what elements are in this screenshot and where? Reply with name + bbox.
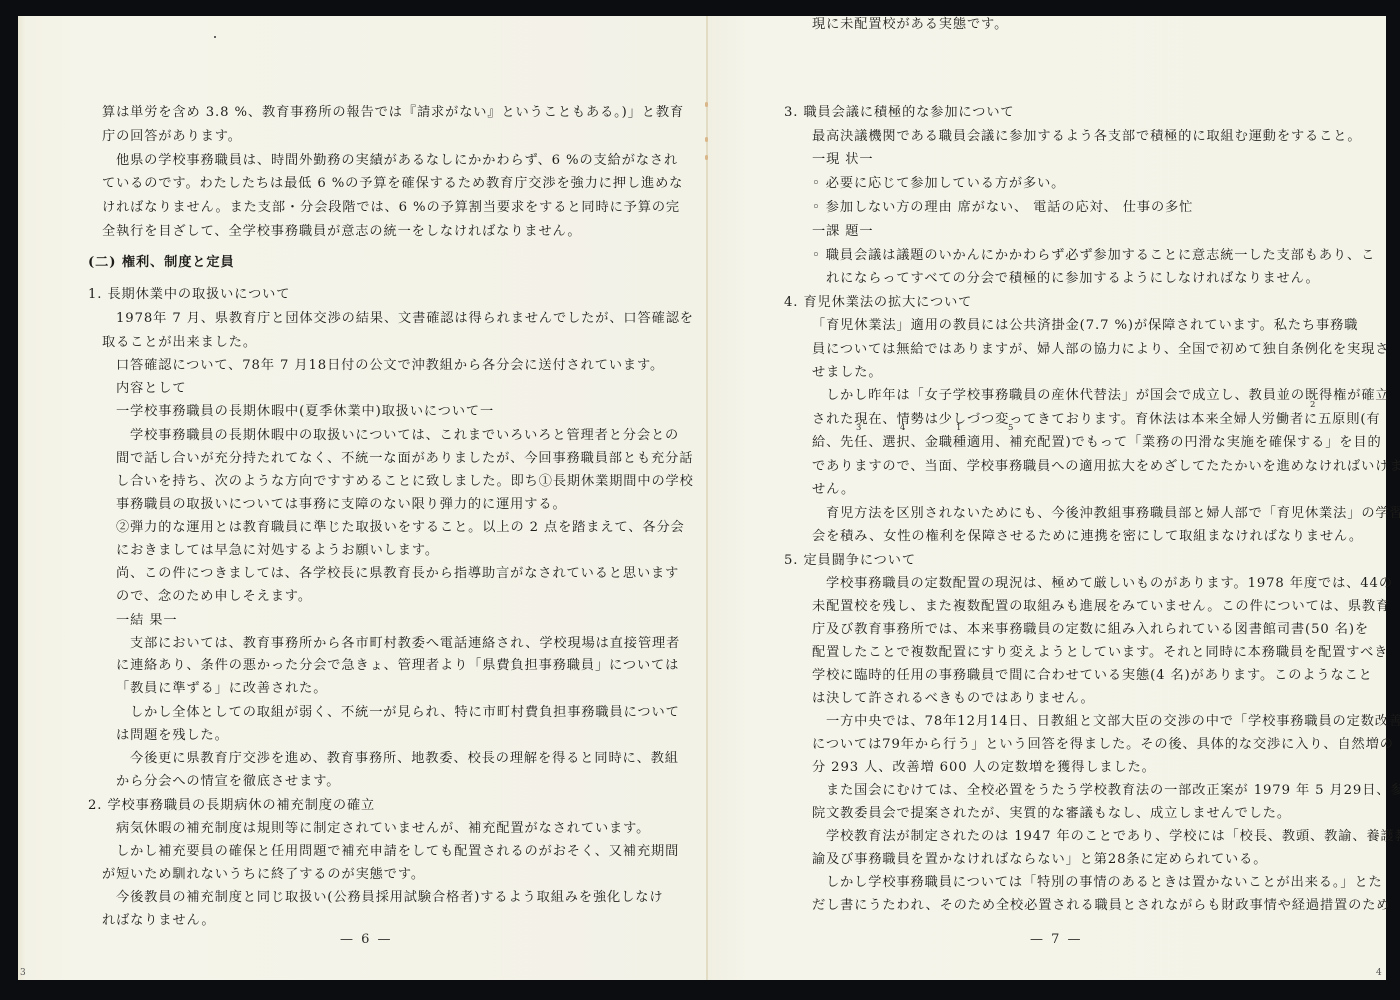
- text-line: 一方中央では、78年12月14日、日教組と文部大臣の交渉の中で「学校事務職員の定…: [826, 713, 1400, 731]
- text-line: しかし昨年は「女子学校事務職員の産休代替法」が国会で成立し、教員並の既得権が確立: [826, 387, 1390, 405]
- text-line: 他県の学校事務職員は、時間外勤務の実績があるなしにかかわらず、6 %の支給がなさ…: [116, 152, 678, 170]
- text-line: 「育児休業法」適用の教員には公共済掛金(7.7 %)が保障されています。私たち事…: [812, 317, 1358, 335]
- text-line: 5. 定員闘争について: [784, 552, 916, 570]
- text-line: におきましては早急に対処するようお願いします。: [116, 542, 439, 560]
- text-line: しかし学校事務職員については「特別の事情のあるときは置かないことが出来る。」とた: [826, 874, 1383, 892]
- page-number-left: — 6 —: [340, 932, 393, 947]
- superscript-number: 5: [1008, 423, 1013, 433]
- text-line: 内容として: [116, 380, 186, 398]
- text-line: は決して許されるべきものではありません。: [812, 690, 1095, 708]
- text-line: でありますので、当面、学校事務職員への適用拡大をめざしてたたかいを進めなければい…: [812, 458, 1400, 476]
- text-line: ているのです。わたしたちは最低 6 %の予算を確保するため教育庁交渉を強力に押し…: [102, 175, 683, 193]
- left-page: 算は単労を含め 3.8 %、教育事務所の報告では『請求がない』ということもある。…: [18, 16, 706, 980]
- text-line: 取ることが出来ました。: [102, 334, 257, 352]
- text-line: 4. 育児休業法の拡大について: [784, 294, 972, 312]
- text-line: 事務職員の取扱いについては事務に支障のない限り弾力的に運用する。: [116, 496, 567, 514]
- text-line: し合いを持ち、次のような方向ですすめることに致しました。即ち①長期休業期間中の学…: [116, 473, 694, 491]
- text-line: せました。: [812, 364, 882, 382]
- text-line: しかし全体としての取組が弱く、不統一が見られ、特に市町村費負担事務職員について: [130, 704, 680, 722]
- text-line: 分 293 人、改善増 600 人の定数増を獲得しました。: [812, 759, 1156, 777]
- text-line: また国会にむけては、全校必置をうたう学校教育法の一部改正案が 1979 年 5 …: [826, 782, 1400, 800]
- text-line: 2. 学校事務職員の長期病休の補充制度の確立: [88, 797, 375, 815]
- book-spread: 算は単労を含め 3.8 %、教育事務所の報告では『請求がない』ということもある。…: [18, 16, 1386, 980]
- text-line: 一結 果一: [116, 612, 177, 630]
- text-line: 給、先任、選択、金職種適用、補充配置)でもって「業務の円滑な実施を確保する」を目…: [812, 434, 1382, 452]
- text-line: 支部においては、教育事務所から各市町村教委へ電話連絡され、学校現場は直接管理者: [130, 635, 680, 653]
- text-line: 一学校事務職員の長期休暇中(夏季休業中)取扱いについて一: [116, 403, 494, 421]
- text-line: 会を積み、女性の権利を保障させるために連携を密にして取組まなければなりません。: [812, 528, 1363, 546]
- text-line: 学校教育法が制定されたのは 1947 年のことであり、学校には「校長、教頭、教諭…: [826, 828, 1400, 846]
- text-line: 今後教員の補充制度と同じ取扱い(公務員採用試験合格者)するよう取組みを強化しなけ: [116, 889, 663, 907]
- text-line: 1. 長期休業中の取扱いについて: [88, 286, 290, 304]
- text-line: ければなりません。また支部・分会段階では、6 %の予算割当要求をすると同時に予算…: [102, 199, 680, 217]
- text-line: については79年から行う」という回答を得ました。その後、具体的な交渉に入り、自然…: [812, 736, 1394, 754]
- text-line: 庁の回答があります。: [102, 128, 242, 146]
- text-line: 一現 状一: [812, 151, 873, 169]
- text-line: 全執行を目ざして、全学校事務職員が意志の統一をしなければなりません。: [102, 223, 582, 241]
- text-line: ◦ 職員会議は議題のいかんにかかわらず必ず参加することに意志統一した支部もあり、…: [812, 247, 1375, 265]
- superscript-number: 1: [956, 423, 961, 433]
- corner-mark-left: 3: [20, 968, 26, 978]
- text-line: 「教員に準ずる」に改善された。: [116, 680, 327, 698]
- text-line: 未配置校を残し、また複数配置の取組みも進展をみていません。この件については、県教…: [812, 598, 1390, 616]
- text-line: せん。: [812, 481, 855, 499]
- text-line: 1978年 7 月、県教育庁と団体交渉の結果、文書確認は得られませんでしたが、口…: [116, 310, 694, 328]
- text-line: 最高決議機関である職員会議に参加するよう各支部で積極的に取組む運動をすること。: [812, 128, 1361, 146]
- text-line: が短いため馴れないうちに終了するのが実態です。: [102, 866, 425, 884]
- text-line: ればなりません。: [102, 912, 216, 930]
- text-line: 育児方法を区別されないためにも、今後沖教組事務職員部と婦人部で「育児休業法」の学…: [826, 505, 1400, 523]
- page-number-right: — 7 —: [1030, 932, 1083, 947]
- text-line: しかし補充要員の確保と任用問題で補充申請をしても配置されるのがおそく、又補充期間: [116, 843, 679, 861]
- text-line: 学校に臨時的任用の事務職員で間に合わせている実態(4 名)があります。このような…: [812, 667, 1373, 685]
- text-line: ので、念のため申しそえます。: [116, 588, 312, 606]
- text-line: 算は単労を含め 3.8 %、教育事務所の報告では『請求がない』ということもある。…: [102, 104, 684, 122]
- text-line: に連絡あり、条件の悪かった分会で急きょ、管理者より「県費負担事務職員」については: [116, 657, 679, 675]
- text-line: 学校事務職員の長期休暇中の取扱いについては、これまでいろいろと管理者と分会との: [130, 427, 679, 445]
- text-line: は問題を残した。: [116, 727, 229, 745]
- text-line: 庁及び教育事務所では、本来事務職員の定数に組み入れられている図書館司書(50 名…: [812, 621, 1369, 639]
- superscript-number: 3: [856, 423, 861, 433]
- text-line: 病気休暇の補充制度は規則等に制定されていませんが、補充配置がなされています。: [116, 820, 650, 838]
- text-line: 今後更に県教育庁交渉を進め、教育事務所、地教委、校長の理解を得ると同時に、教組: [130, 750, 679, 768]
- superscript-number: 2: [1310, 400, 1315, 410]
- text-line: 現に未配置校がある実態です。: [812, 16, 1008, 34]
- section-heading: (二) 権利、制度と定員: [88, 254, 235, 272]
- paper-speck: [214, 36, 216, 38]
- text-line: 院文教委員会で提案されたが、実質的な審議もなし、成立しませんでした。: [812, 805, 1291, 823]
- text-line: 配置したことで複数配置にすり変えようとしています。それと同時に本務職員を配置すべ…: [812, 644, 1388, 662]
- text-line: 間で話し合いが充分持たれてなく、不統一な面がありましたが、今回事務職員部とも充分…: [116, 450, 693, 468]
- text-line: れにならってすべての分会で積極的に参加するようにしなければなりません。: [826, 270, 1320, 288]
- text-line: 口答確認について、78年 7 月18日付の公文で沖教組から各分会に送付されていま…: [116, 357, 664, 375]
- superscript-number: 4: [900, 423, 905, 433]
- text-line: 一課 題一: [812, 223, 873, 241]
- text-line: ②弾力的な運用とは教育職員に準じた取扱いをすること。以上の 2 点を踏まえて、各…: [116, 519, 685, 537]
- text-line: 尚、この件につきましては、各学校長に県教育長から指導助言がなされていると思います: [116, 565, 679, 583]
- text-line: 学校事務職員の定数配置の現況は、極めて厳しいものがあります。1978 年度では、…: [826, 575, 1393, 593]
- text-line: 員については無給ではありますが、婦人部の協力により、全国で初めて独自条例化を実現…: [812, 341, 1389, 359]
- text-line: ◦ 参加しない方の理由 席がない、 電話の応対、 仕事の多忙: [812, 199, 1193, 217]
- text-line: だし書にうたわれ、そのため全校必置される職員とされながらも財政事情や経過措置のた…: [812, 897, 1390, 915]
- text-line: 3. 職員会議に積極的な参加について: [784, 104, 1015, 122]
- text-line: 諭及び事務職員を置かなければならない」と第28条に定められている。: [812, 851, 1267, 869]
- right-page: 3. 職員会議に積極的な参加について最高決議機関である職員会議に参加するよう各支…: [708, 16, 1386, 980]
- text-line: から分会への情宣を徹底させます。: [116, 773, 340, 791]
- corner-mark-right: 4: [1376, 968, 1382, 978]
- text-line: ◦ 必要に応じて参加している方が多い。: [812, 175, 1065, 193]
- text-line: された現在、情勢は少しづつ変ってきております。育休法は本来全婦人労働者に五原則(…: [812, 411, 1381, 429]
